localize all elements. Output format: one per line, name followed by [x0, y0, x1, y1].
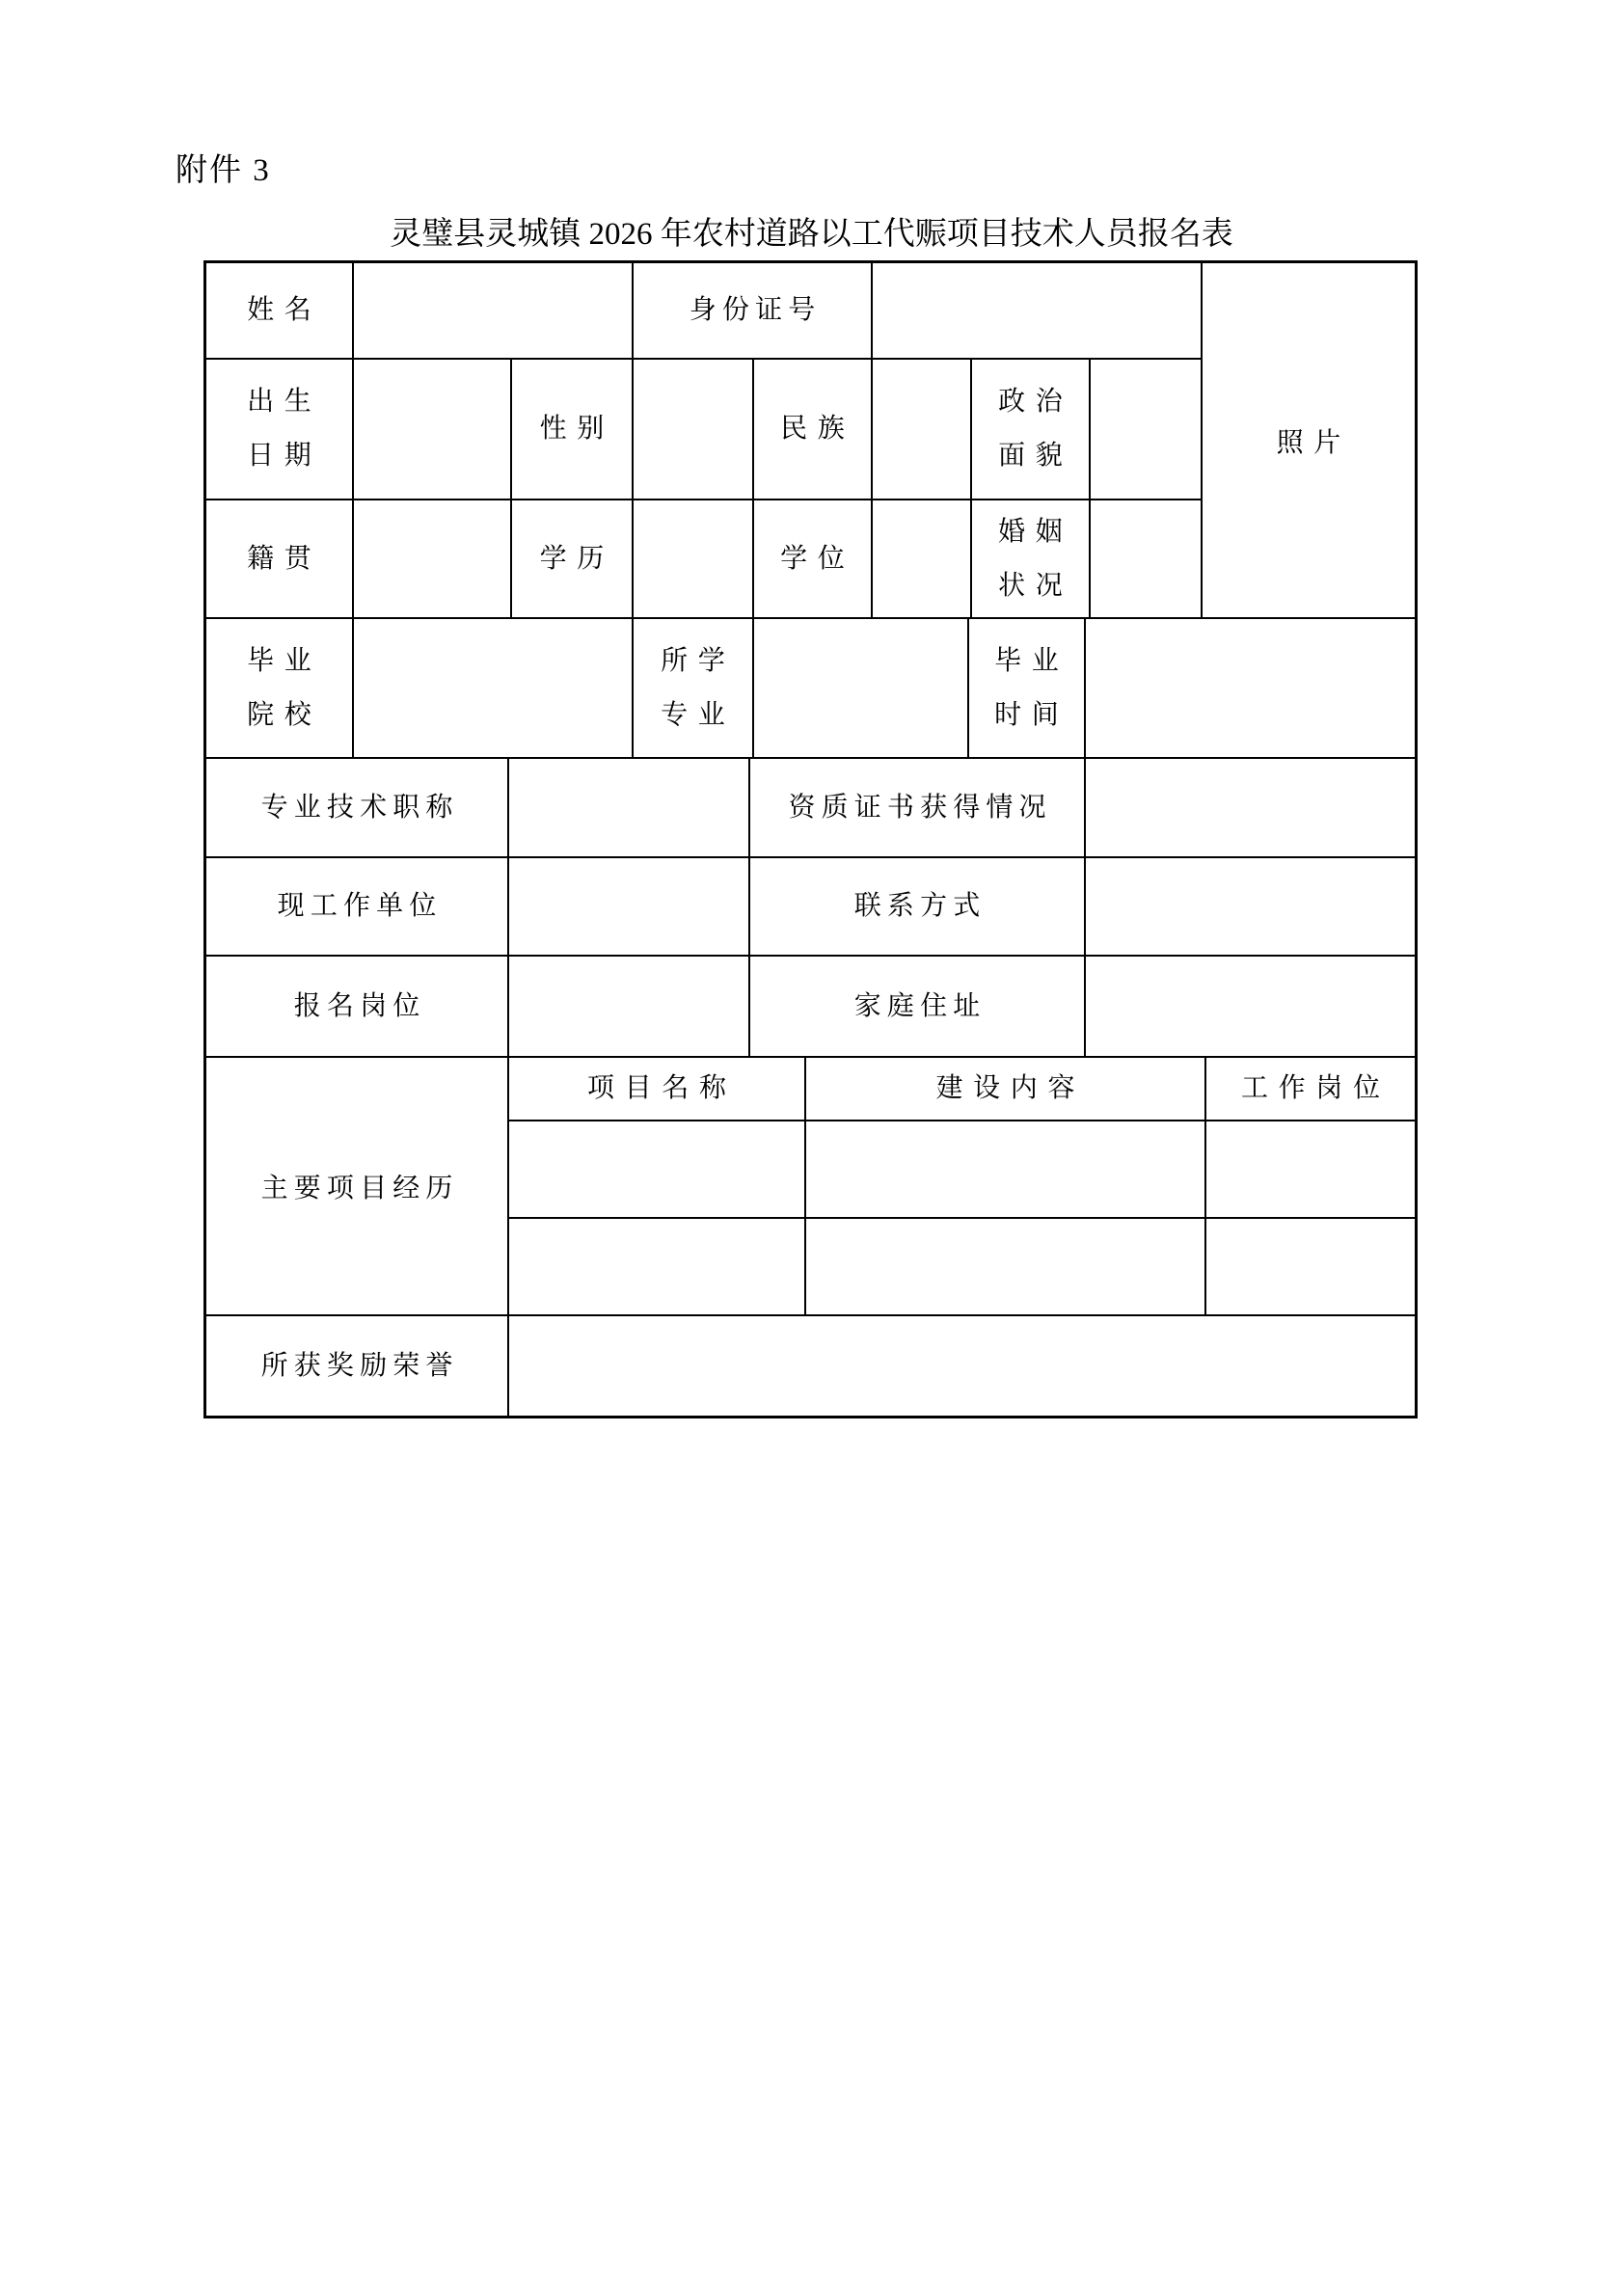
id-number-label-cell: 身份证号 — [634, 263, 873, 358]
row-native-education: 籍贯 学历 学位 婚姻 状况 — [206, 500, 1201, 617]
qualification-label-cell: 资质证书获得情况 — [750, 759, 1086, 856]
id-number-label: 身份证号 — [690, 292, 822, 329]
project-name-value-cell[interactable] — [509, 1121, 806, 1217]
political-status-value-cell[interactable] — [1091, 360, 1201, 499]
attachment-label: 附件 3 — [176, 145, 271, 190]
row-position-address: 报名岗位 家庭住址 — [206, 957, 1415, 1058]
birth-date-label-cell: 出生 日期 — [206, 360, 354, 499]
home-address-value-cell[interactable] — [1086, 957, 1415, 1056]
construction-content-header-cell: 建设内容 — [806, 1058, 1206, 1120]
project-name-header: 项目名称 — [587, 1070, 737, 1107]
marital-status-label-cell: 婚姻 状况 — [972, 500, 1091, 617]
project-header-row: 项目名称 建设内容 工作岗位 — [509, 1058, 1415, 1121]
application-form-table: 姓名 身份证号 出生 日期 性别 民族 政治 — [203, 260, 1418, 1418]
personal-info-block: 姓名 身份证号 出生 日期 性别 民族 政治 — [206, 263, 1415, 619]
project-name-header-cell: 项目名称 — [509, 1058, 806, 1120]
marital-status-label-line2: 状况 — [998, 568, 1072, 605]
project-name-value-cell[interactable] — [509, 1219, 806, 1314]
project-entry-row — [509, 1219, 1415, 1314]
awards-label-cell: 所获奖励荣誉 — [206, 1316, 509, 1416]
professional-title-label-cell: 专业技术职称 — [206, 759, 509, 856]
apply-position-label: 报名岗位 — [294, 988, 426, 1025]
row-graduation: 毕业 院校 所学 专业 毕业 时间 — [206, 619, 1415, 759]
graduate-school-label-line1: 毕业 — [247, 643, 321, 680]
marital-status-label-line1: 婚姻 — [998, 514, 1072, 551]
construction-content-value-cell[interactable] — [806, 1121, 1206, 1217]
political-status-label-cell: 政治 面貌 — [972, 360, 1091, 499]
qualification-label: 资质证书获得情况 — [788, 790, 1051, 826]
apply-position-label-cell: 报名岗位 — [206, 957, 509, 1056]
contact-label: 联系方式 — [854, 888, 987, 925]
form-title: 灵璧县灵城镇 2026 年农村道路以工代赈项目技术人员报名表 — [0, 208, 1623, 254]
education-value-cell[interactable] — [634, 500, 754, 617]
construction-content-value-cell[interactable] — [806, 1219, 1206, 1314]
contact-value-cell[interactable] — [1086, 858, 1415, 955]
work-position-value-cell[interactable] — [1206, 1219, 1415, 1314]
political-status-label-line2: 面貌 — [998, 438, 1072, 474]
political-status-label-line1: 政治 — [998, 384, 1072, 420]
qualification-value-cell[interactable] — [1086, 759, 1415, 856]
birth-date-value-cell[interactable] — [354, 360, 512, 499]
row-employer-contact: 现工作单位 联系方式 — [206, 858, 1415, 957]
native-place-value-cell[interactable] — [354, 500, 512, 617]
graduate-school-label-line2: 院校 — [247, 697, 321, 734]
photo-label: 照片 — [1277, 421, 1351, 460]
row-professional-title: 专业技术职称 资质证书获得情况 — [206, 759, 1415, 858]
project-history-label: 主要项目经历 — [261, 1167, 459, 1205]
professional-title-value-cell[interactable] — [509, 759, 750, 856]
awards-value-cell[interactable] — [509, 1316, 1415, 1416]
home-address-label: 家庭住址 — [854, 988, 987, 1025]
professional-title-label: 专业技术职称 — [261, 790, 459, 826]
construction-content-header: 建设内容 — [936, 1070, 1086, 1107]
work-position-header: 工作岗位 — [1241, 1070, 1391, 1107]
photo-cell[interactable]: 照片 — [1201, 263, 1415, 617]
ethnicity-label-cell: 民族 — [754, 360, 873, 499]
degree-value-cell[interactable] — [873, 500, 972, 617]
graduation-time-label-cell: 毕业 时间 — [969, 619, 1086, 757]
graduation-time-value-cell[interactable] — [1086, 619, 1415, 757]
row-name-id: 姓名 身份证号 — [206, 263, 1201, 360]
birth-date-label-line2: 日期 — [247, 438, 321, 474]
marital-status-value-cell[interactable] — [1091, 500, 1201, 617]
major-label-cell: 所学 专业 — [634, 619, 754, 757]
graduate-school-label-cell: 毕业 院校 — [206, 619, 354, 757]
major-label-line1: 所学 — [661, 643, 735, 680]
row-awards: 所获奖励荣誉 — [206, 1316, 1415, 1416]
project-history-label-cell: 主要项目经历 — [206, 1058, 509, 1314]
native-place-label-cell: 籍贯 — [206, 500, 354, 617]
employer-label-cell: 现工作单位 — [206, 858, 509, 955]
work-position-header-cell: 工作岗位 — [1206, 1058, 1415, 1120]
project-history-block: 主要项目经历 项目名称 建设内容 工作岗位 — [206, 1058, 1415, 1316]
ethnicity-label: 民族 — [780, 411, 854, 447]
gender-label: 性别 — [540, 411, 614, 447]
id-number-value-cell[interactable] — [873, 263, 1201, 358]
native-place-label: 籍贯 — [247, 541, 321, 578]
graduation-time-label-line1: 毕业 — [994, 643, 1068, 680]
major-value-cell[interactable] — [754, 619, 969, 757]
project-entry-row — [509, 1121, 1415, 1219]
name-label: 姓名 — [247, 292, 321, 329]
apply-position-value-cell[interactable] — [509, 957, 750, 1056]
degree-label-cell: 学位 — [754, 500, 873, 617]
birth-date-label-line1: 出生 — [247, 384, 321, 420]
graduation-time-label-line2: 时间 — [994, 697, 1068, 734]
contact-label-cell: 联系方式 — [750, 858, 1086, 955]
degree-label: 学位 — [780, 541, 854, 578]
education-label-cell: 学历 — [512, 500, 634, 617]
awards-label: 所获奖励荣誉 — [261, 1348, 459, 1385]
home-address-label-cell: 家庭住址 — [750, 957, 1086, 1056]
major-label-line2: 专业 — [661, 697, 735, 734]
graduate-school-value-cell[interactable] — [354, 619, 634, 757]
employer-value-cell[interactable] — [509, 858, 750, 955]
employer-label: 现工作单位 — [278, 888, 443, 925]
gender-label-cell: 性别 — [512, 360, 634, 499]
document-page: 附件 3 灵璧县灵城镇 2026 年农村道路以工代赈项目技术人员报名表 姓名 身… — [0, 0, 1623, 2296]
ethnicity-value-cell[interactable] — [873, 360, 972, 499]
row-birth-gender: 出生 日期 性别 民族 政治 面貌 — [206, 360, 1201, 500]
name-label-cell: 姓名 — [206, 263, 354, 358]
gender-value-cell[interactable] — [634, 360, 754, 499]
work-position-value-cell[interactable] — [1206, 1121, 1415, 1217]
name-value-cell[interactable] — [354, 263, 634, 358]
education-label: 学历 — [540, 541, 614, 578]
